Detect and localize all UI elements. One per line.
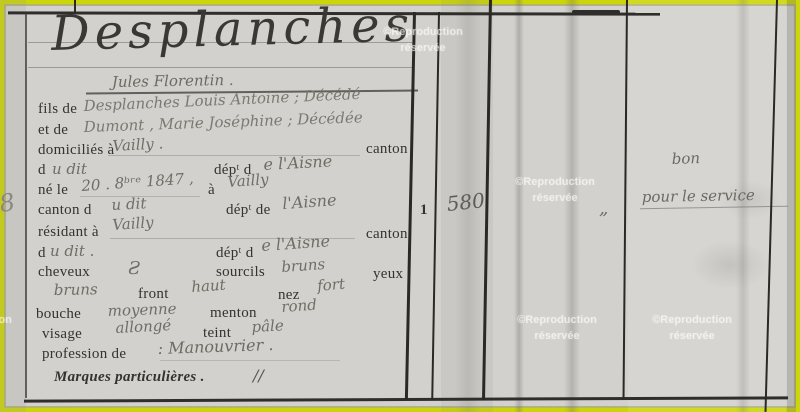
- value-front: haut: [191, 276, 226, 296]
- label-cheveux: cheveux: [38, 264, 90, 281]
- column-ditto-mark: „: [599, 198, 608, 219]
- value-marques: //: [253, 366, 264, 385]
- label-d-2: d: [38, 245, 46, 262]
- label-canton-1: canton: [366, 141, 408, 158]
- label-marques-particulieres: Marques particulières .: [54, 369, 205, 386]
- value-profession: : Manouvrier .: [157, 335, 273, 358]
- label-bouche: bouche: [36, 306, 81, 323]
- rule-top-blob: [572, 10, 620, 14]
- value-cheveux: Ƨ: [128, 258, 140, 279]
- label-visage: visage: [42, 326, 82, 343]
- label-ne-le: né le: [38, 182, 68, 199]
- column-millimetres-value: 580: [445, 188, 485, 216]
- value-visage: allongé: [115, 316, 172, 337]
- label-canton-2: canton: [366, 226, 408, 243]
- scanned-register-page: Desplanches Jules Florentin . fils de De…: [0, 0, 800, 412]
- rule-left-margin: [25, 13, 27, 398]
- column-metres-value: 1: [420, 202, 428, 219]
- value-domicilies: Vailly .: [112, 134, 164, 155]
- ink-bleed-smudge: [690, 240, 770, 290]
- value-du-dit-1: u dit: [52, 160, 87, 178]
- value-du-dit-3: u dit .: [50, 242, 94, 260]
- label-dept-3: dépᵗ d: [216, 245, 254, 262]
- value-du-dit-2: u dit: [111, 194, 147, 214]
- label-d-1: d: [38, 162, 46, 179]
- value-nez: fort: [316, 275, 345, 295]
- value-birth-date: 20 . 8ᵇʳᵉ 1847 ,: [81, 169, 194, 195]
- label-dept-2: dépᵗ de: [226, 202, 271, 219]
- decision-bon: bon: [671, 149, 700, 168]
- name-guide-line: [28, 67, 412, 68]
- label-a: à: [208, 182, 215, 199]
- value-sourcils: bruns: [281, 255, 326, 276]
- edge-shade: [787, 0, 796, 412]
- dotted-form-line: [160, 360, 340, 361]
- label-yeux: yeux: [373, 266, 403, 283]
- fold-shade: [564, 0, 580, 412]
- decision-pour-le-service: pour le service: [642, 186, 755, 206]
- value-dept-1: e l'Aisne: [263, 151, 333, 174]
- value-residence: Vailly: [112, 213, 154, 234]
- surname-heading: Desplanches: [51, 0, 415, 62]
- label-et-de: et de: [38, 122, 68, 139]
- value-teint: pâle: [251, 316, 284, 336]
- value-menton: rond: [281, 296, 318, 316]
- value-yeux: bruns: [54, 280, 98, 299]
- label-domicilies-a: domiciliés à: [38, 142, 115, 159]
- value-dept-2: l'Aisne: [282, 190, 337, 213]
- label-profession-de: profession de: [42, 346, 126, 363]
- fold-shade: [514, 0, 524, 412]
- label-residant-a: résidant à: [38, 224, 99, 241]
- given-names: Jules Florentin .: [112, 71, 234, 91]
- label-canton-d: canton d: [38, 202, 92, 219]
- label-menton: menton: [210, 305, 257, 322]
- column-rule-1: [405, 12, 416, 400]
- column-rule-2: [431, 12, 439, 400]
- value-dept-3: e l'Aisne: [261, 231, 331, 255]
- value-birth-place: Vailly: [227, 170, 269, 191]
- label-fils-de: fils de: [38, 101, 77, 118]
